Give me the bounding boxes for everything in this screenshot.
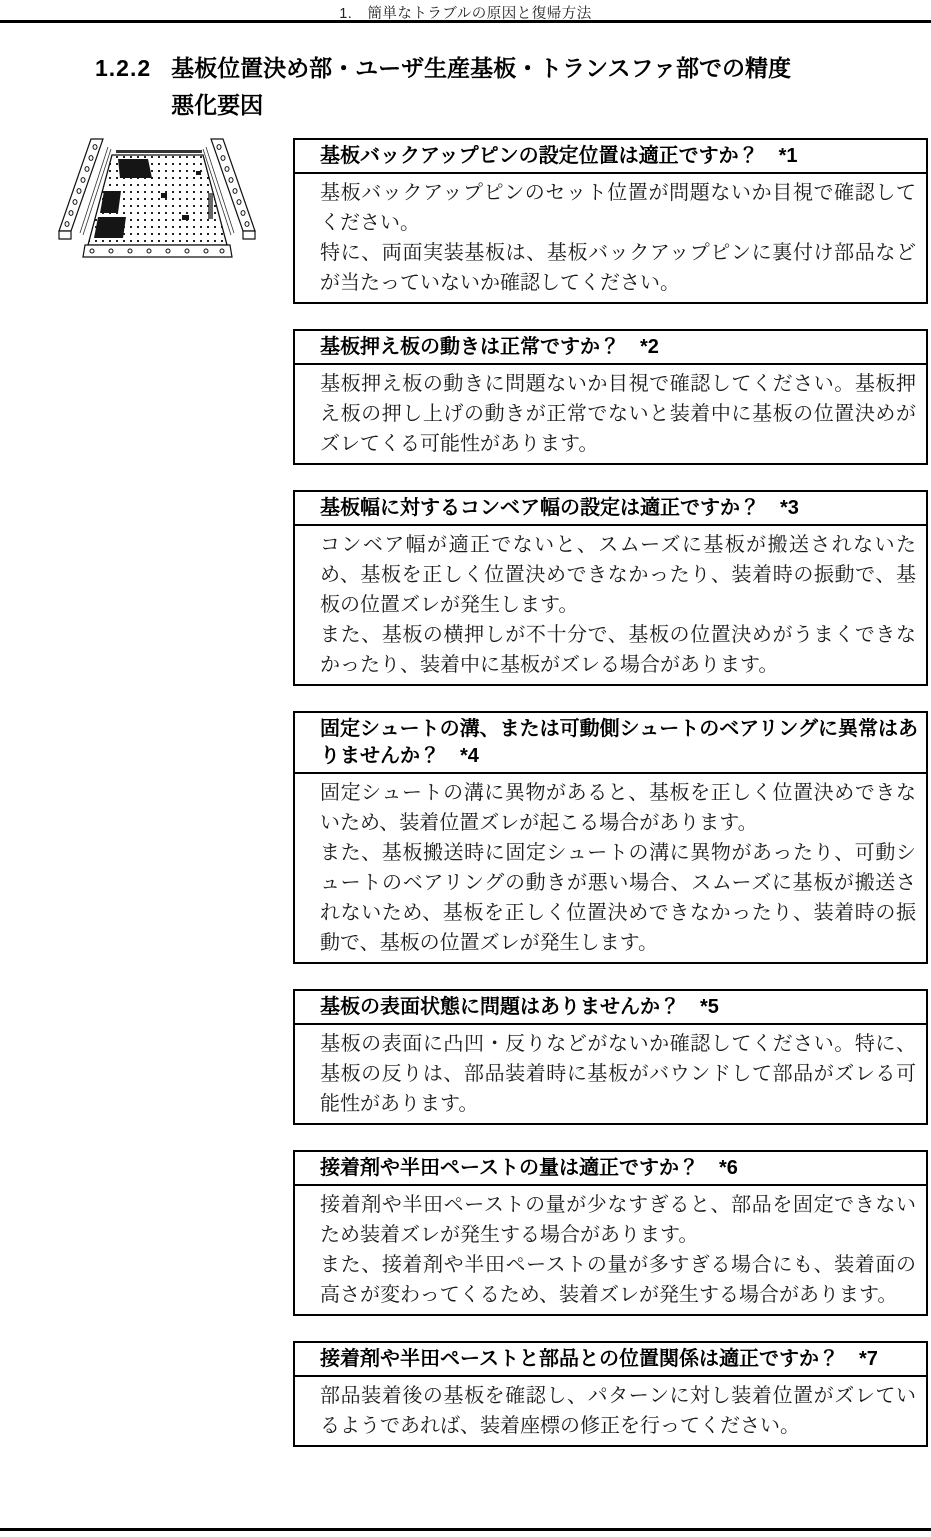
checklist-item-2: 基板押え板の動きは正常ですか？ *2 基板押え板の動きに問題ないか目視で確認して… <box>293 329 928 465</box>
front-rail <box>83 245 232 257</box>
checklist-question-3: 基板幅に対するコンベア幅の設定は適正ですか？ *3 <box>295 492 926 526</box>
checklist-answer-7: 部品装着後の基板を確認し、パターンに対し装着位置がズレているようであれば、装着座… <box>295 1377 926 1445</box>
checklist-item-3: 基板幅に対するコンベア幅の設定は適正ですか？ *3 コンベア幅が適正でないと、ス… <box>293 490 928 686</box>
pcb-conveyor-diagram-svg <box>58 133 258 278</box>
checklist-answer-2: 基板押え板の動きに問題ないか目視で確認してください。基板押え板の押し上げの動きが… <box>295 365 926 463</box>
footer-rule <box>0 1528 931 1531</box>
section-heading: 1.2.2 基板位置決め部・ユーザ生産基板・トランスファ部での精度悪化要因 <box>95 50 841 124</box>
checklist-question-4: 固定シュートの溝、または可動側シュートのベアリングに異常はありませんか？ *4 <box>295 713 926 774</box>
checklist-answer-6: 接着剤や半田ペーストの量が少なすぎると、部品を固定できないため装着ズレが発生する… <box>295 1186 926 1314</box>
pcb-backup-plate-illustration <box>58 133 258 278</box>
section-number: 1.2.2 <box>95 50 151 124</box>
checklist-question-6: 接着剤や半田ペーストの量は適正ですか？ *6 <box>295 1152 926 1186</box>
answer-paragraph: 部品装着後の基板を確認し、パターンに対し装着位置がズレているようであれば、装着座… <box>320 1380 916 1440</box>
checklist-answer-3: コンベア幅が適正でないと、スムーズに基板が搬送されないため、基板を正しく位置決め… <box>295 526 926 684</box>
checklist-question-5: 基板の表面状態に問題はありませんか？ *5 <box>295 991 926 1025</box>
answer-paragraph: 固定シュートの溝に異物があると、基板を正しく位置決めできないため、装着位置ズレが… <box>320 777 916 837</box>
checklist-answer-4: 固定シュートの溝に異物があると、基板を正しく位置決めできないため、装着位置ズレが… <box>295 774 926 962</box>
checklist-item-5: 基板の表面状態に問題はありませんか？ *5 基板の表面に凸凹・反りなどがないか確… <box>293 989 928 1125</box>
manual-page: 1. 簡単なトラブルの原因と復帰方法 1.2.2 基板位置決め部・ユーザ生産基板… <box>0 0 931 1537</box>
checklist-answer-1: 基板バックアップピンのセット位置が問題ないか目視で確認してください。 特に、両面… <box>295 174 926 302</box>
section-title: 基板位置決め部・ユーザ生産基板・トランスファ部での精度悪化要因 <box>171 50 841 124</box>
checklist: 基板バックアップピンの設定位置は適正ですか？ *1 基板バックアップピンのセット… <box>293 138 928 1472</box>
checklist-item-4: 固定シュートの溝、または可動側シュートのベアリングに異常はありませんか？ *4 … <box>293 711 928 964</box>
checklist-question-7: 接着剤や半田ペーストと部品との位置関係は適正ですか？ *7 <box>295 1343 926 1377</box>
answer-paragraph: 基板押え板の動きに問題ないか目視で確認してください。基板押え板の押し上げの動きが… <box>320 368 916 458</box>
section-title-line1: 基板位置決め部・ユーザ生産基板・トランスファ部での精度 <box>171 55 791 81</box>
header-rule <box>0 20 931 23</box>
answer-paragraph: 基板バックアップピンのセット位置が問題ないか目視で確認してください。 <box>320 177 916 237</box>
answer-paragraph: 接着剤や半田ペーストの量が少なすぎると、部品を固定できないため装着ズレが発生する… <box>320 1189 916 1249</box>
answer-paragraph: 特に、両面実装基板は、基板バックアップピンに裏付け部品などが当たっていないか確認… <box>320 237 916 297</box>
checklist-answer-5: 基板の表面に凸凹・反りなどがないか確認してください。特に、基板の反りは、部品装着… <box>295 1025 926 1123</box>
backup-plate <box>88 150 227 245</box>
answer-paragraph: また、基板の横押しが不十分で、基板の位置決めがうまくできなかったり、装着中に基板… <box>320 619 916 679</box>
checklist-item-7: 接着剤や半田ペーストと部品との位置関係は適正ですか？ *7 部品装着後の基板を確… <box>293 1341 928 1447</box>
answer-paragraph: また、基板搬送時に固定シュートの溝に異物があったり、可動シュートのベアリングの動… <box>320 837 916 957</box>
answer-paragraph: また、接着剤や半田ペーストの量が多すぎる場合にも、装着面の高さが変わってくるため… <box>320 1249 916 1309</box>
checklist-question-1: 基板バックアップピンの設定位置は適正ですか？ *1 <box>295 140 926 174</box>
section-title-line2: 悪化要因 <box>171 92 263 118</box>
answer-paragraph: コンベア幅が適正でないと、スムーズに基板が搬送されないため、基板を正しく位置決め… <box>320 529 916 619</box>
answer-paragraph: 基板の表面に凸凹・反りなどがないか確認してください。特に、基板の反りは、部品装着… <box>320 1028 916 1118</box>
checklist-item-1: 基板バックアップピンの設定位置は適正ですか？ *1 基板バックアップピンのセット… <box>293 138 928 304</box>
checklist-item-6: 接着剤や半田ペーストの量は適正ですか？ *6 接着剤や半田ペーストの量が少なすぎ… <box>293 1150 928 1316</box>
checklist-question-2: 基板押え板の動きは正常ですか？ *2 <box>295 331 926 365</box>
